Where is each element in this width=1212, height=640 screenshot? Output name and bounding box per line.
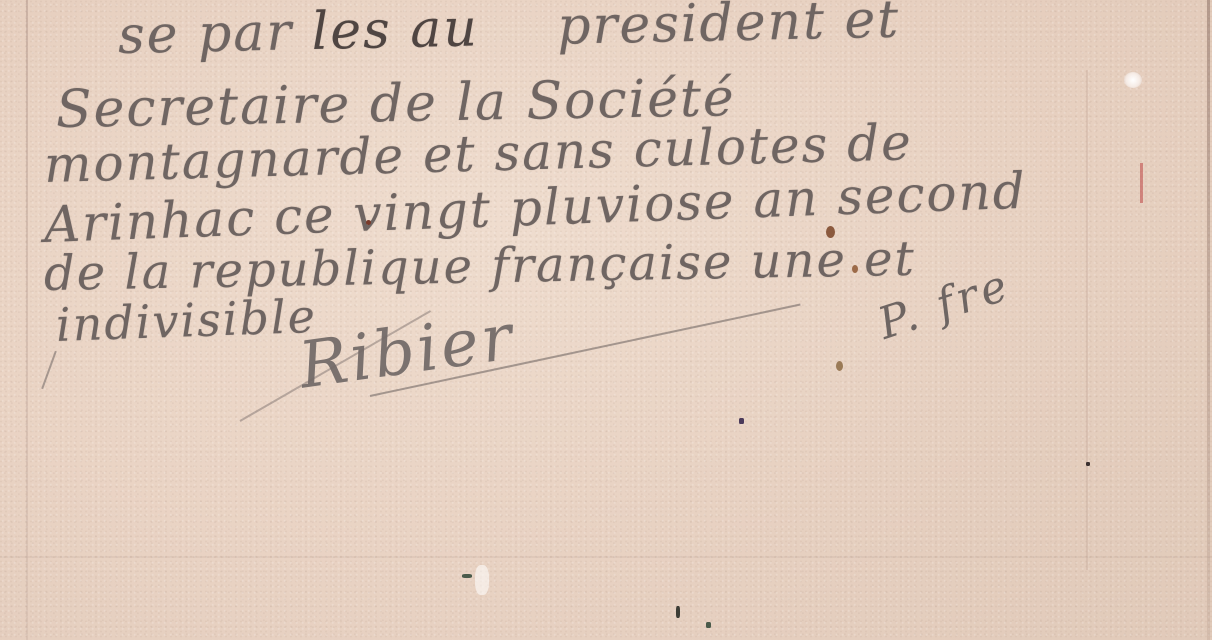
paper-right-edge xyxy=(1207,0,1210,640)
ink-stain xyxy=(836,361,843,371)
paper-fleck xyxy=(739,418,744,424)
line-1-right-text: president et xyxy=(557,0,901,57)
paper-left-edge xyxy=(26,0,28,640)
plate-mark-bottom xyxy=(0,556,1212,558)
paper-hole xyxy=(1124,72,1142,88)
red-ink-mark xyxy=(1140,163,1143,203)
plate-mark-right xyxy=(1086,70,1088,570)
ink-stain xyxy=(826,226,835,238)
paper-fleck xyxy=(706,622,711,628)
handwritten-line-6: indivisible xyxy=(55,289,318,352)
handwritten-line-1: se par les au president et xyxy=(117,0,900,66)
ink-stain xyxy=(852,265,858,273)
line-1-struck-text: les au xyxy=(311,0,479,62)
paper-fleck xyxy=(462,574,472,578)
manuscript-page: se par les au president et Secretaire de… xyxy=(0,0,1212,640)
ink-stain xyxy=(366,220,371,225)
paper-fleck xyxy=(676,606,680,618)
margin-pen-stroke xyxy=(41,351,57,389)
paper-fleck xyxy=(1086,462,1090,466)
line-1-left-text: se par xyxy=(117,2,293,66)
paper-crease xyxy=(475,565,489,595)
